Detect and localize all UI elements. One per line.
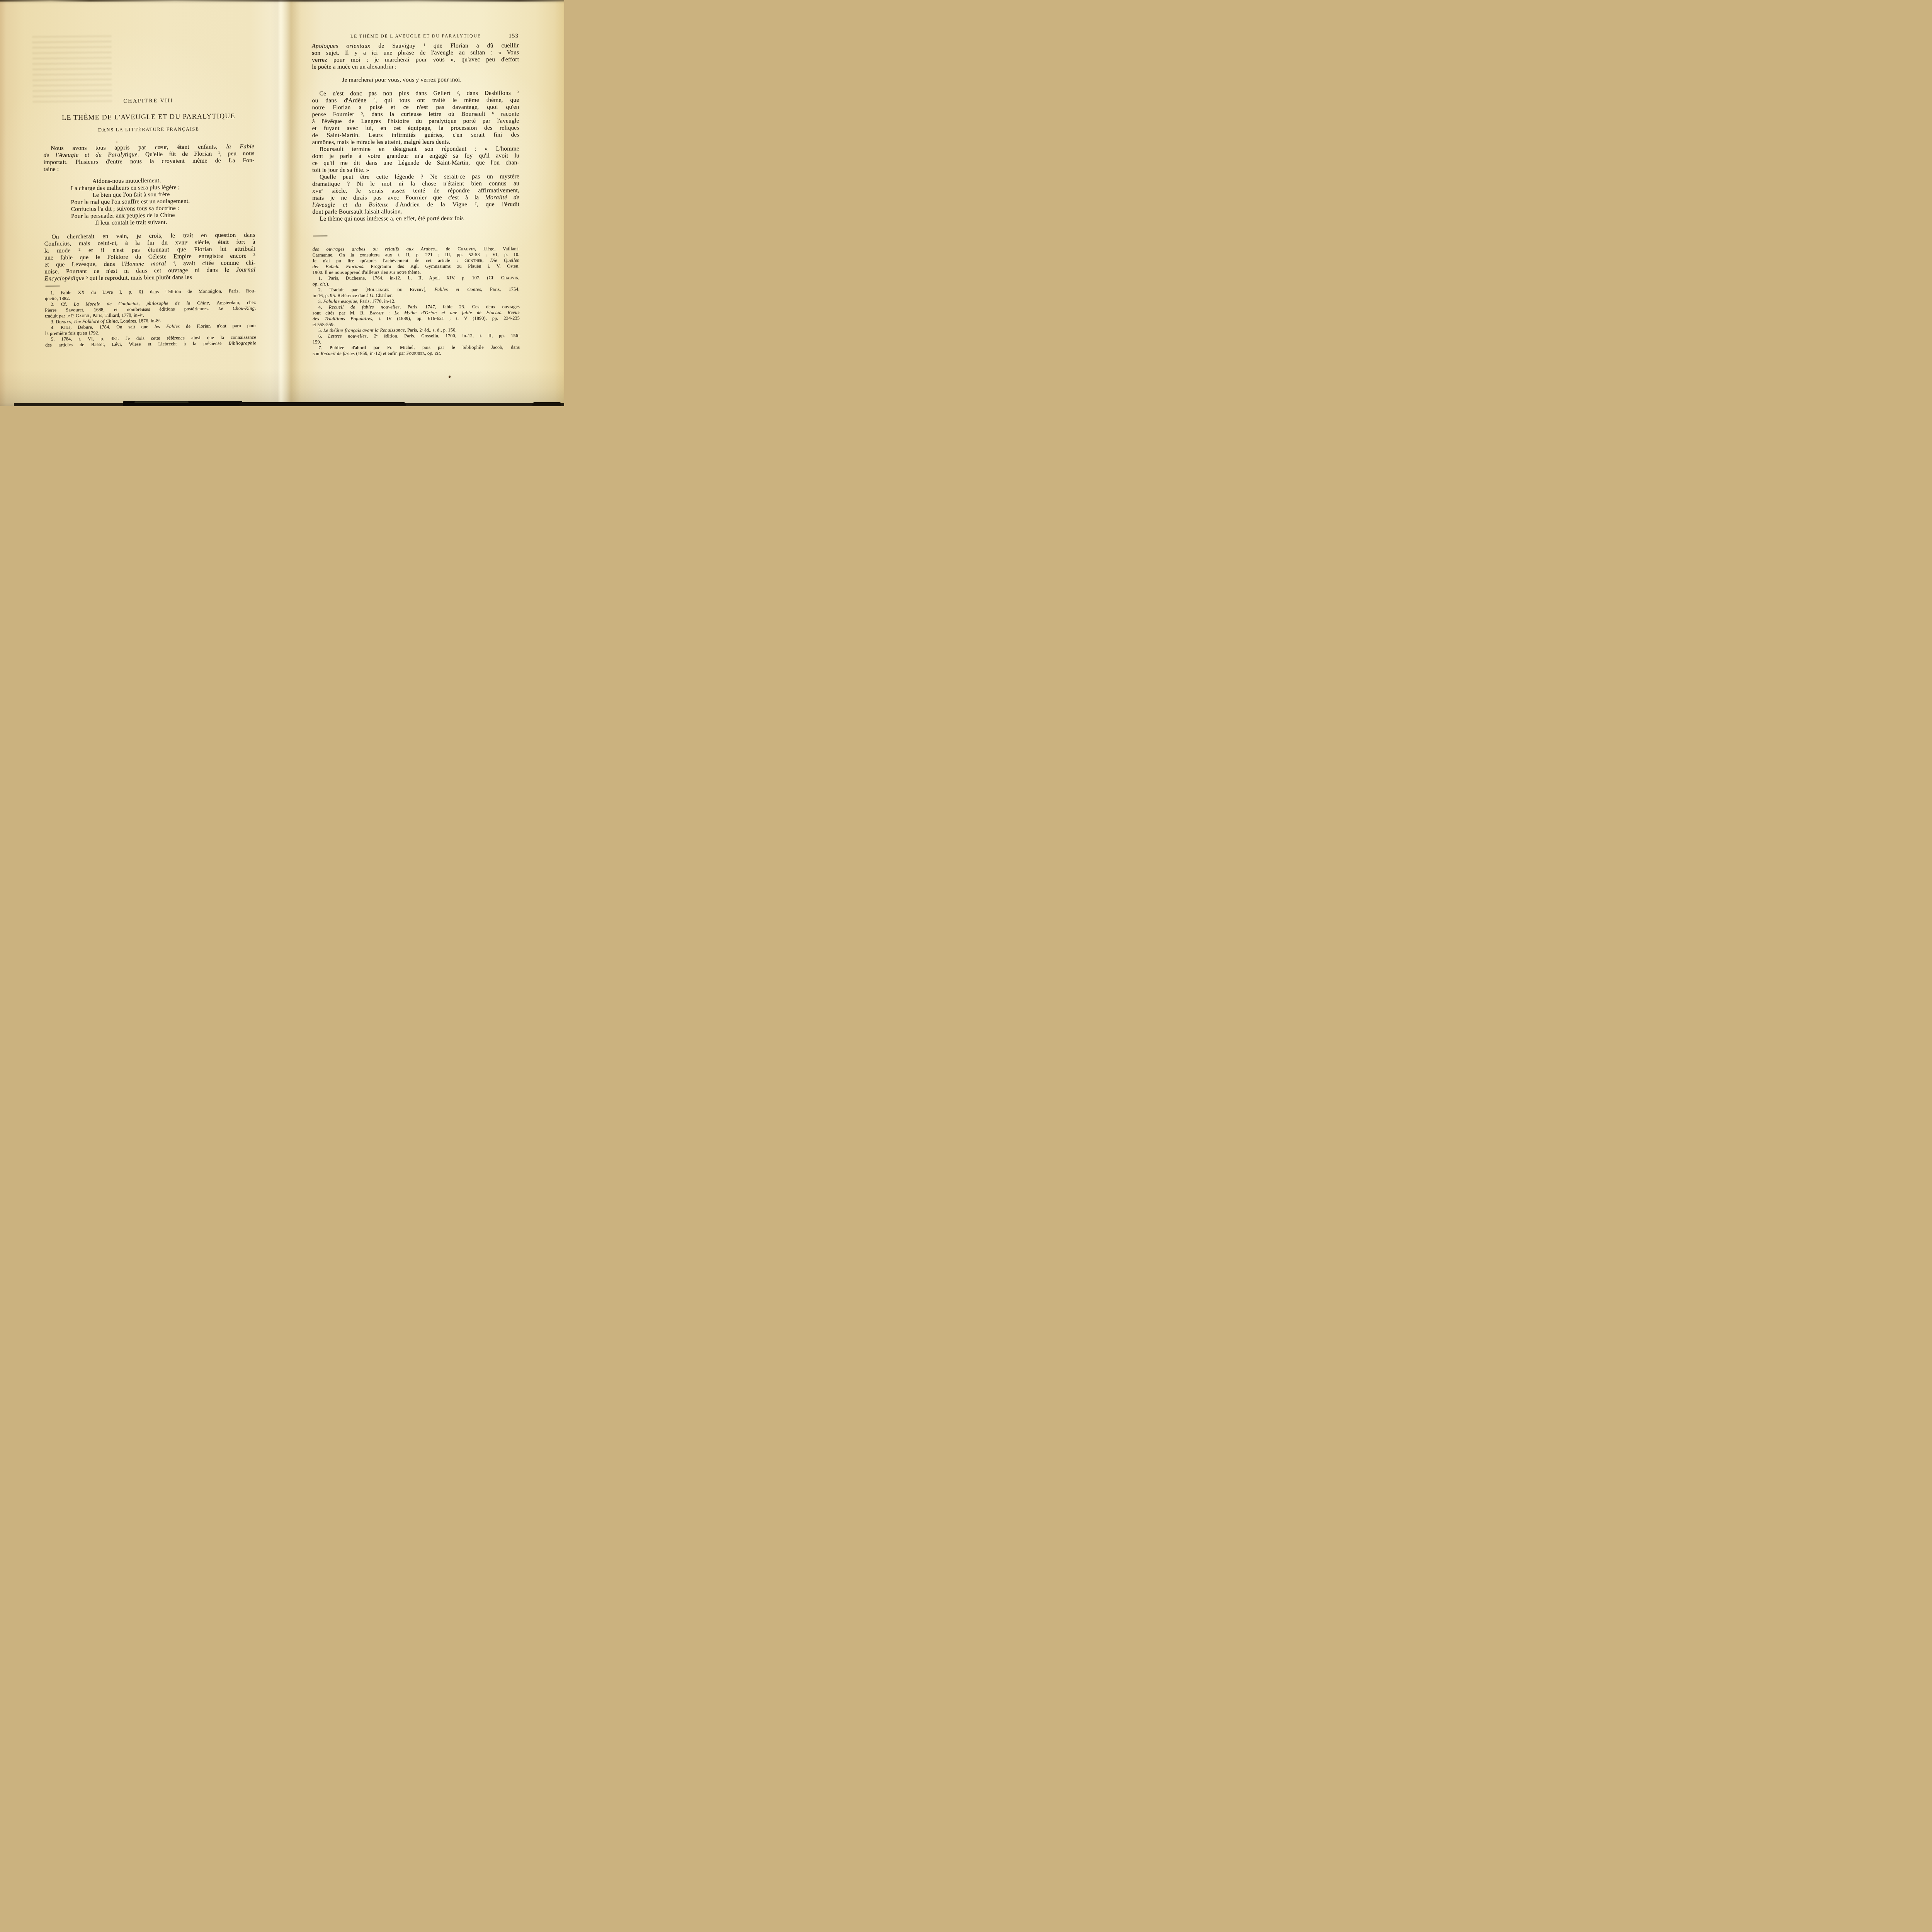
text-line: ce qu'il me dit dans une Légende de Sain… (312, 159, 519, 167)
text-line: 3. Fabulae æsopiae, Paris, 1778, in-12. (313, 298, 520, 304)
text-line: 5. Le théâtre français avant la Renaissa… (313, 327, 520, 333)
text-line: 7. Publiée d'abord par Fr. Michel, puis … (313, 344, 520, 350)
text-line: Encyclopédique 5 qui le reproduit, mais … (44, 273, 255, 282)
text-line: mais je ne dirais pas avec Fournier que … (312, 194, 519, 201)
text-line: Quelle peut être cette légende ? Ne sera… (312, 173, 519, 180)
text-line: notre Florian a puisé et ce n'est pas da… (312, 104, 519, 111)
text-line: Il leur contait le trait suivant. (71, 218, 255, 227)
text-line: sont cités par M. R. Basset : Le Mythe d… (313, 310, 520, 316)
chapter-title: LE THÈME DE L'AVEUGLE ET DU PARALYTIQUE (43, 112, 254, 122)
text-line: in-16, p. 95. Référence due à G. Charlie… (313, 292, 520, 298)
text-line: son Recueil de farces (1859, in-12) et e… (313, 350, 520, 356)
text-line: Je marcherai pour vous, vous y verrez po… (342, 76, 519, 83)
paragraph: Apologues orientaux de Sauvigny 1 que Fl… (312, 42, 519, 70)
text-line: dont parle Boursault faisait allusion. (312, 208, 519, 215)
text-line: Carmanne. On la consultera aux t. II, p.… (313, 252, 520, 258)
verse-quote: Je marcherai pour vous, vous y verrez po… (342, 76, 519, 83)
text-line: 4. Recueil de fables nouvelles, Paris, 1… (313, 304, 520, 310)
text-line: der Fabeln Florians. Programm des Kgl. G… (313, 263, 520, 269)
footnote-separator (46, 286, 60, 286)
text-line: et 558-559. (313, 321, 520, 327)
text-line: Boursault termine en désignant son répon… (312, 145, 519, 153)
text-line: 6. Lettres nouvelles, 2e édition, Paris,… (313, 333, 520, 339)
paragraph: Nous avons tous appris par cœur, étant e… (43, 143, 255, 173)
text-line: 1900. Il ne nous apprend d'ailleurs rien… (313, 269, 520, 275)
scan-bottom-edge-blob (532, 402, 561, 406)
text-line: Je n'ai pu lire qu'après l'achèvement de… (313, 257, 520, 264)
footnote-separator (313, 236, 327, 236)
paragraph: On chercherait en vain, je crois, le tra… (44, 231, 255, 282)
chapter-subtitle: DANS LA LITTÉRATURE FRANÇAISE (43, 126, 254, 133)
text-line: l'Aveugle et du Boiteux d'Andrieu de la … (312, 201, 519, 208)
scan-bottom-edge-blob (240, 402, 406, 406)
text-line: op. cit.). (313, 281, 520, 287)
book-spread: LE THÈME DE L'AVEUGLE ET DU PARALYTIQUE … (0, 0, 564, 406)
text-line: Le thème qui nous intéresse a, en effet,… (312, 215, 519, 222)
text-line: toit le jour de sa fête. » (312, 166, 519, 173)
text-line: et fuyant avec lui, en cet équipage, la … (312, 124, 519, 132)
text-line: ou dans d'Ardène 4, qui tous ont traité … (312, 97, 519, 104)
left-page: CHAPITRE VIIILE THÈME DE L'AVEUGLE ET DU… (42, 0, 257, 348)
footnotes: des ouvrages arabes ou relatifs aux Arab… (312, 246, 520, 356)
footnotes: 1. Fable XX du Livre I, p. 61 dans l'édi… (45, 288, 256, 348)
text-line: des ouvrages arabes ou relatifs aux Arab… (312, 246, 519, 252)
ink-speck (449, 376, 451, 378)
right-page: Apologues orientaux de Sauvigny 1 que Fl… (312, 0, 520, 357)
text-line: 159. (313, 338, 520, 345)
text-line: xviie siècle. Je serais assez tenté de r… (312, 187, 519, 194)
text-line: des Traditions Populaires, t. IV (1889),… (313, 315, 520, 321)
text-line: à l'évêque de Langres l'histoire du para… (312, 117, 519, 125)
text-line: verrez pour moi ; je marcherai pour vous… (312, 56, 519, 63)
paragraph: Ce n'est donc pas non plus dans Gellert … (312, 90, 519, 146)
text-line: le poète a muée en un alexandrin : (312, 63, 519, 70)
text-line: dramatique ? Ni le mot ni la chose n'éta… (312, 180, 519, 187)
text-line: Ce n'est donc pas non plus dans Gellert … (312, 90, 519, 97)
text-line: son sujet. Il y a ici une phrase de l'av… (312, 49, 519, 56)
text-line: de Saint-Martin. Leurs infirmités guérie… (312, 131, 519, 139)
paragraph: Quelle peut être cette légende ? Ne sera… (312, 173, 519, 215)
chapter-heading: CHAPITRE VIII (43, 97, 254, 105)
paragraph: Le thème qui nous intéresse a, en effet,… (312, 215, 519, 222)
text-line: dont je parle à votre grandeur m'a engag… (312, 152, 519, 160)
text-line: Apologues orientaux de Sauvigny 1 que Fl… (312, 42, 519, 49)
gutter-crease (270, 0, 301, 406)
verse-quote: Aidons-nous mutuellement,La charge des m… (71, 176, 255, 227)
text-line: aumônes, mais le miracle les atteint, ma… (312, 138, 519, 146)
scan-bottom-edge-tint (134, 401, 189, 403)
paragraph: Boursault termine en désignant son répon… (312, 145, 519, 173)
text-line: 2. Traduit par [Boulenger de Rivery], Fa… (313, 286, 520, 293)
text-line: 1. Paris, Duchesne, 1764, in-12. L. II, … (313, 275, 520, 281)
text-line: pense Fournier 5, dans la curieuse lettr… (312, 111, 519, 118)
